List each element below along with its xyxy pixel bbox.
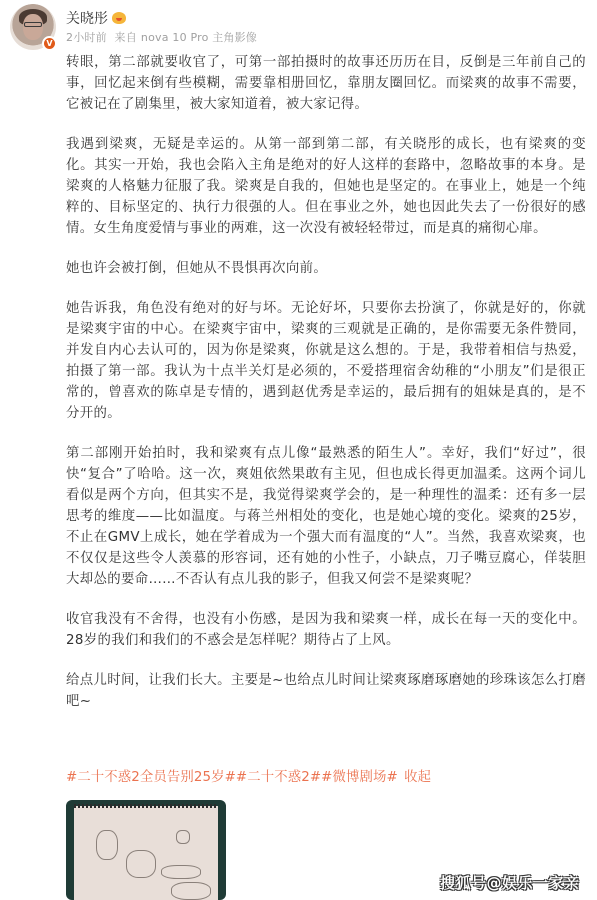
paragraph: 她告诉我，角色没有绝对的好与坏。无论好坏，只要你去扮演了，你就是好的，你就是梁爽… bbox=[66, 298, 586, 424]
avatar-glasses bbox=[24, 22, 42, 27]
post-body: 转眼，第二部就要收官了，可第一部拍摄时的故事还历历在目，反倒是三年前自己的事，回… bbox=[66, 52, 586, 731]
paragraph: 收官我没有不舍得，也没有小伤感，是因为我和梁爽一样，成长在每一天的变化中。28岁… bbox=[66, 609, 586, 651]
post-time[interactable]: 2小时前 bbox=[66, 31, 107, 44]
paragraph: 转眼，第二部就要收官了，可第一部拍摄时的故事还历历在目，反倒是三年前自己的事，回… bbox=[66, 52, 586, 115]
paragraph: 给点儿时间，让我们长大。主要是~也给点儿时间让梁爽琢磨琢磨她的珍珠该怎么打磨吧~ bbox=[66, 670, 586, 712]
post-meta: 2小时前 来自nova 10 Pro 主角影像 bbox=[66, 29, 261, 45]
hashtag-link[interactable]: #微博剧场# bbox=[321, 770, 398, 785]
sketch-doodle bbox=[96, 830, 118, 860]
sketch-doodle bbox=[126, 850, 156, 878]
avatar-face bbox=[23, 14, 43, 40]
paragraph: 我遇到梁爽，无疑是幸运的。从第一部到第二部，有关晓彤的成长，也有梁爽的变化。其实… bbox=[66, 134, 586, 239]
notebook-rings bbox=[74, 804, 218, 808]
post-source[interactable]: nova 10 Pro 主角影像 bbox=[141, 31, 257, 44]
hashtag-row: #二十不惑2全员告别25岁##二十不惑2##微博剧场# 收起 bbox=[66, 766, 431, 785]
hashtag-link[interactable]: #二十不惑2# bbox=[236, 770, 321, 785]
verified-badge-icon: V bbox=[42, 36, 57, 51]
collapse-link[interactable]: 收起 bbox=[404, 770, 431, 785]
paragraph: 她也许会被打倒，但她从不畏惧再次向前。 bbox=[66, 258, 586, 279]
post-image[interactable] bbox=[66, 800, 226, 900]
watermark: 搜狐号@娱乐一家亲 bbox=[440, 872, 580, 893]
sketch-doodle bbox=[176, 830, 190, 844]
paragraph: 第二部刚开始拍时，我和梁爽有点儿像“最熟悉的陌生人”。幸好，我们“好过”，很快“… bbox=[66, 443, 586, 590]
hashtag-link[interactable]: #二十不惑2全员告别25岁# bbox=[66, 770, 236, 785]
author-name[interactable]: 关晓彤 bbox=[66, 11, 108, 27]
post-header: V 关晓彤 2小时前 来自nova 10 Pro 主角影像 bbox=[10, 4, 590, 52]
emoji-face-icon bbox=[112, 12, 126, 24]
author-name-row: 关晓彤 bbox=[66, 8, 126, 28]
source-prefix: 来自 bbox=[115, 31, 137, 44]
sketch-doodle bbox=[171, 882, 211, 900]
sketch-doodle bbox=[161, 865, 201, 879]
